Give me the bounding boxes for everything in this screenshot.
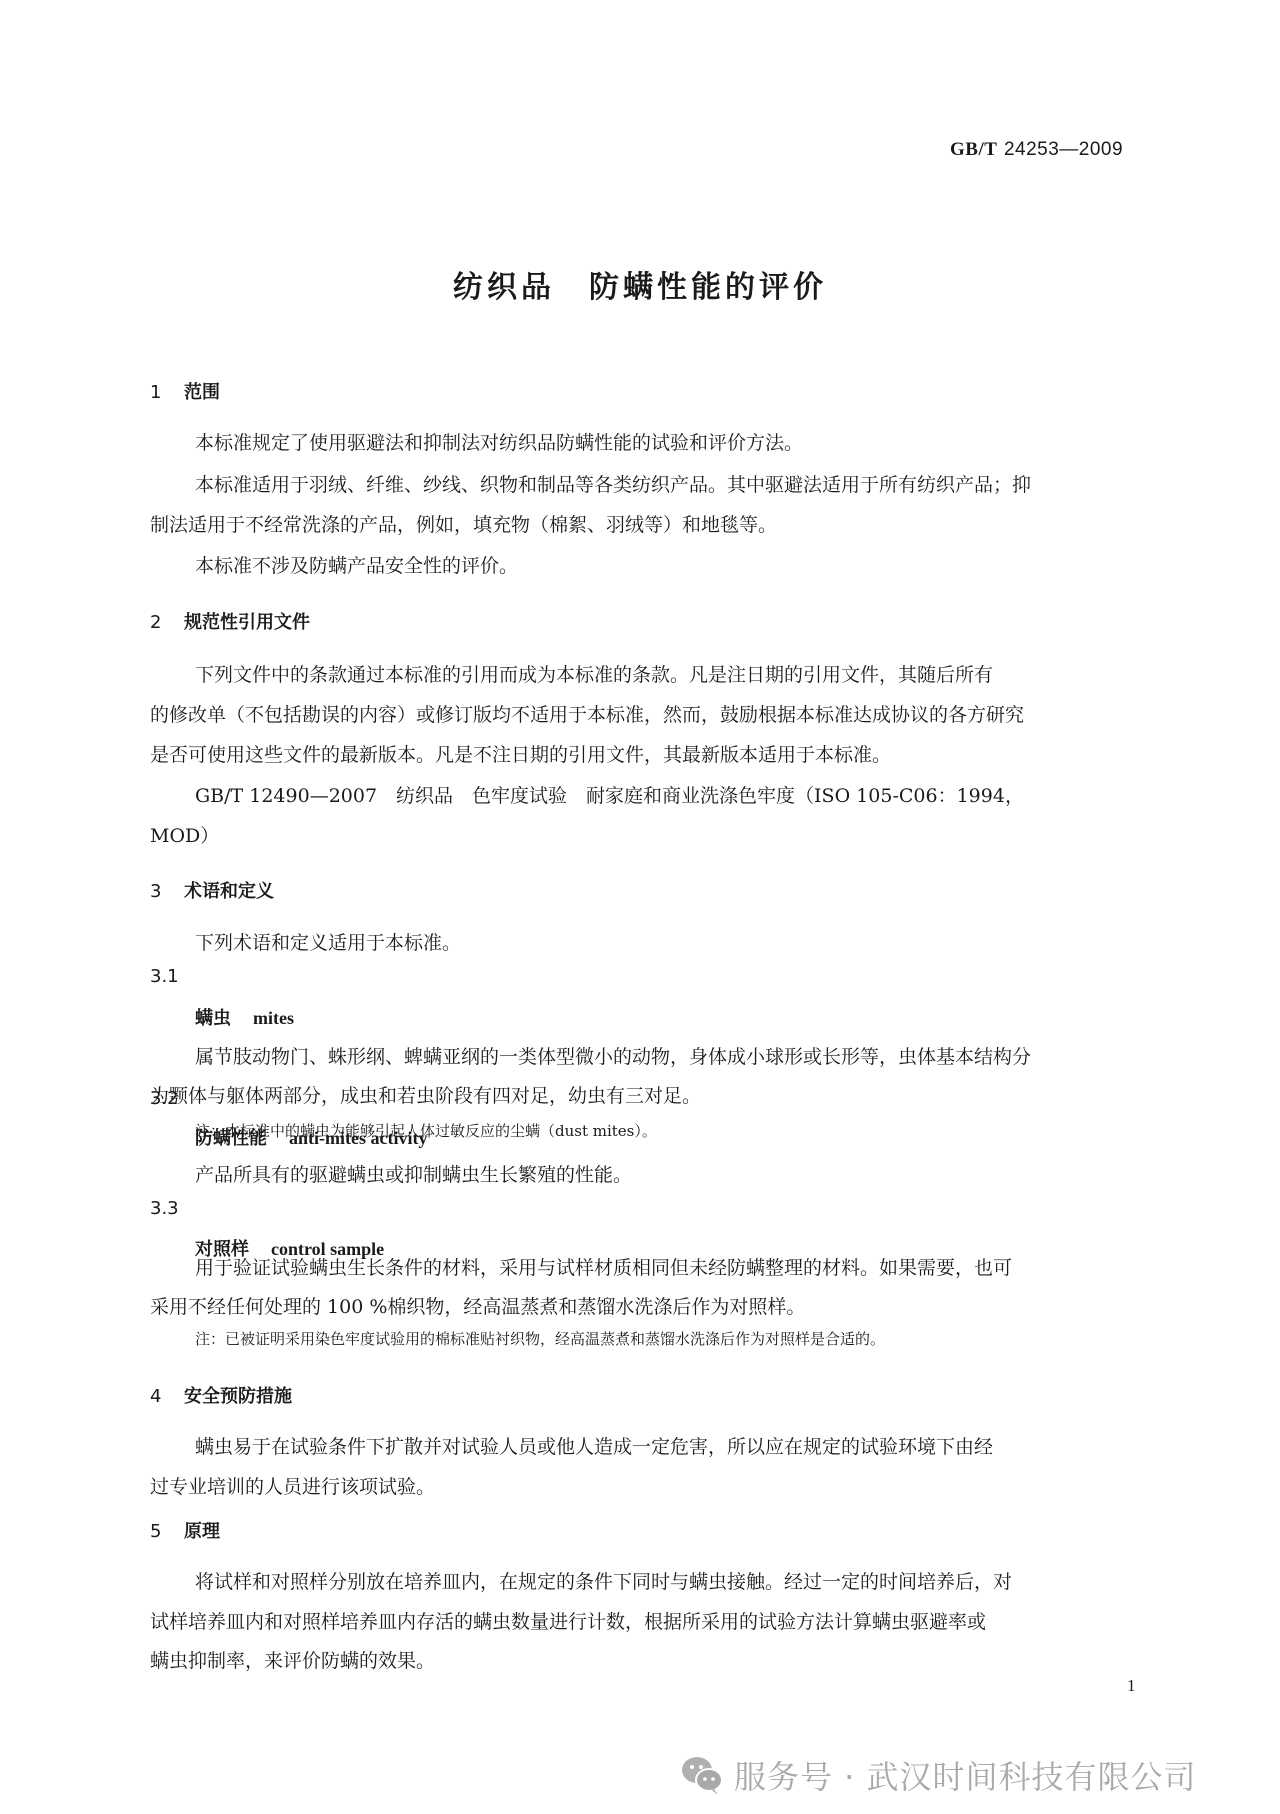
section-3-heading: 3术语和定义 — [150, 877, 274, 903]
paragraph: 是否可使用这些文件的最新版本。凡是不注日期的引用文件，其最新版本适用于本标准。 — [150, 740, 891, 767]
note: 注：已被证明采用染色牢度试验用的棉标准贴衬织物，经高温蒸煮和蒸馏水洗涤后作为对照… — [195, 1328, 885, 1349]
paragraph: 用于验证试验螨虫生长条件的材料，采用与试样材质相同但未经防螨整理的材料。如果需要… — [195, 1253, 1012, 1280]
section-5-heading: 5原理 — [150, 1517, 220, 1543]
paragraph: 的修改单（不包括勘误的内容）或修订版均不适用于本标准，然而，鼓励根据本标准达成协… — [150, 700, 1024, 727]
page-number: 1 — [1127, 1676, 1136, 1696]
paragraph: 制法适用于不经常洗涤的产品，例如，填充物（棉絮、羽绒等）和地毯等。 — [150, 510, 777, 537]
clause-number: 3.1 — [150, 966, 179, 987]
section-2-heading: 2规范性引用文件 — [150, 608, 310, 634]
paragraph: 下列文件中的条款通过本标准的引用而成为本标准的条款。凡是注日期的引用文件，其随后… — [195, 660, 993, 687]
document-title: 纺织品 防螨性能的评价 — [0, 262, 1280, 306]
clause-number: 3.2 — [150, 1088, 179, 1109]
paragraph: 螨虫抑制率，来评价防螨的效果。 — [150, 1646, 435, 1673]
paragraph: 将试样和对照样分别放在培养皿内，在规定的条件下同时与螨虫接触。经过一定的时间培养… — [195, 1567, 1012, 1594]
normative-reference: GB/T 12490—2007 纺织品 色牢度试验 耐家庭和商业洗涤色牢度（IS… — [195, 781, 1024, 808]
paragraph: MOD） — [150, 821, 219, 848]
section-1-heading: 1范围 — [150, 378, 220, 404]
paragraph: 螨虫易于在试验条件下扩散并对试验人员或他人造成一定危害，所以应在规定的试验环境下… — [195, 1432, 993, 1459]
paragraph: 采用不经任何处理的 100 %棉织物，经高温蒸煮和蒸馏水洗涤后作为对照样。 — [150, 1292, 805, 1319]
standard-prefix: GB/T — [950, 139, 997, 160]
paragraph: 试样培养皿内和对照样培养皿内存活的螨虫数量进行计数，根据所采用的试验方法计算螨虫… — [150, 1607, 986, 1634]
paragraph: 本标准不涉及防螨产品安全性的评价。 — [195, 551, 518, 578]
paragraph: 属节肢动物门、蛛形纲、蜱螨亚纲的一类体型微小的动物，身体成小球形或长形等，虫体基… — [195, 1042, 1031, 1069]
watermark-text: 服务号 · 武汉时间科技有限公司 — [734, 1752, 1197, 1798]
watermark: 服务号 · 武汉时间科技有限公司 — [680, 1752, 1197, 1798]
section-4-heading: 4安全预防措施 — [150, 1382, 292, 1408]
paragraph: 为颚体与躯体两部分，成虫和若虫阶段有四对足，幼虫有三对足。 — [150, 1081, 701, 1108]
paragraph: 本标准规定了使用驱避法和抑制法对纺织品防螨性能的试验和评价方法。 — [195, 428, 803, 455]
clause-number: 3.3 — [150, 1198, 179, 1219]
paragraph: 产品所具有的驱避螨虫或抑制螨虫生长繁殖的性能。 — [195, 1160, 632, 1187]
term-heading: 螨虫mites — [195, 1004, 294, 1030]
standard-number: GB/T 24253—2009 — [950, 138, 1123, 161]
standard-code: 24253—2009 — [1004, 139, 1123, 160]
paragraph: 本标准适用于羽绒、纤维、纱线、织物和制品等各类纺织产品。其中驱避法适用于所有纺织… — [195, 470, 1031, 497]
paragraph: 过专业培训的人员进行该项试验。 — [150, 1472, 435, 1499]
paragraph: 下列术语和定义适用于本标准。 — [195, 928, 461, 955]
wechat-icon — [680, 1755, 724, 1795]
term-heading: 防螨性能anti-mites activity — [195, 1124, 427, 1150]
